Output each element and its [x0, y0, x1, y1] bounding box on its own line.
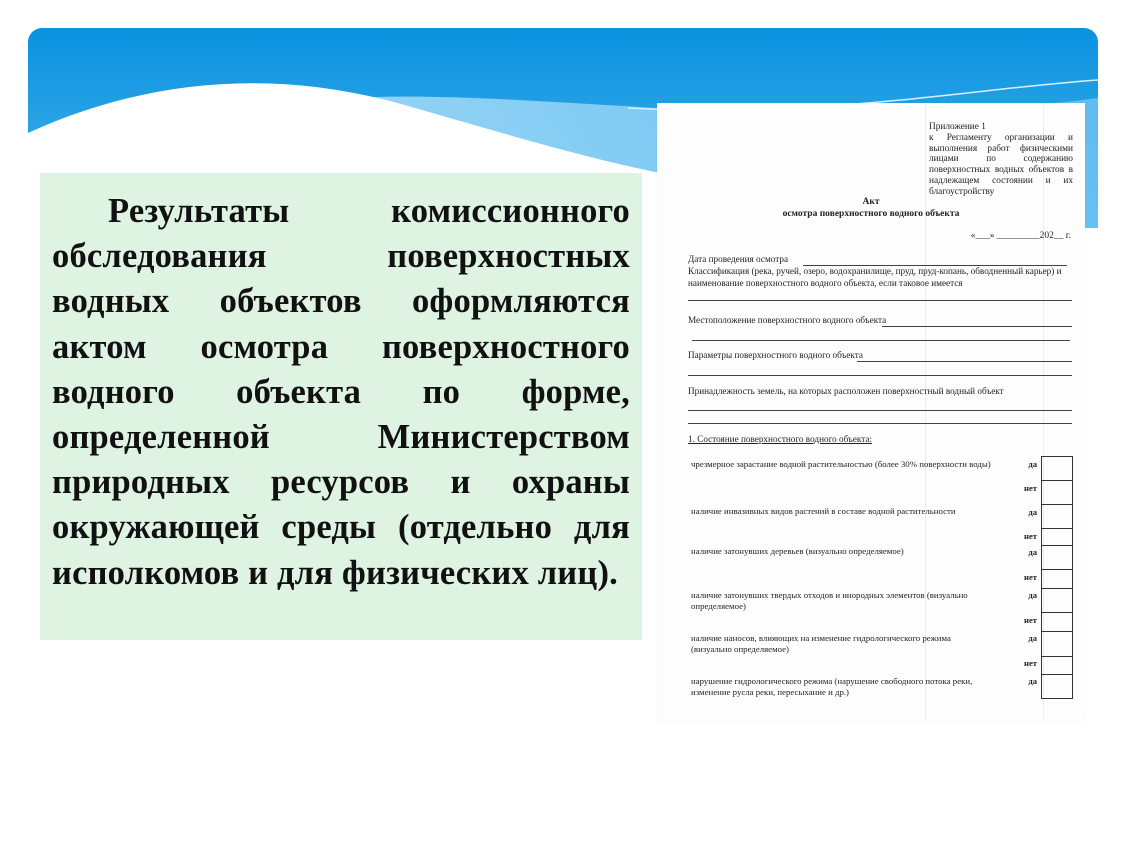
checkbox [1042, 546, 1072, 570]
no-label: нет [1024, 658, 1037, 668]
checkbox [1042, 632, 1072, 657]
yes-label: да [1028, 633, 1037, 643]
inspection-act-document: Приложение 1 к Регламенту организации и … [657, 103, 1085, 720]
checkbox [1042, 675, 1072, 699]
checkbox [1042, 570, 1072, 589]
no-label: нет [1024, 572, 1037, 582]
appendix-text: к Регламенту организации и выполнения ра… [929, 133, 1073, 198]
checkbox-column [1041, 456, 1073, 699]
yes-label: да [1028, 676, 1037, 686]
section-title: 1. Состояние поверхностного водного объе… [688, 434, 872, 444]
appendix-note: Приложение 1 к Регламенту организации и … [929, 122, 1073, 198]
checkbox [1042, 657, 1072, 675]
checkbox [1042, 457, 1072, 481]
condition-item: наличие инвазивных видов растений в сост… [691, 506, 991, 517]
underline [688, 375, 1072, 376]
underline [688, 410, 1072, 411]
checkbox [1042, 529, 1072, 546]
underline [857, 361, 1072, 362]
main-text-box: Результаты комиссионного обследования по… [40, 173, 642, 640]
condition-item: наличие наносов, влияющих на изменение г… [691, 633, 991, 655]
document-subtitle: осмотра поверхностного водного объекта [657, 209, 1085, 219]
underline [688, 423, 1072, 424]
appendix-label: Приложение 1 [929, 122, 1073, 133]
yes-label: да [1028, 459, 1037, 469]
field-classification: Классификация (река, ручей, озеро, водох… [688, 266, 1072, 289]
yes-label: да [1028, 507, 1037, 517]
no-label: нет [1024, 483, 1037, 493]
main-text: Результаты комиссионного обследования по… [52, 189, 630, 596]
underline [688, 300, 1072, 301]
no-label: нет [1024, 615, 1037, 625]
checkbox [1042, 505, 1072, 529]
yes-label: да [1028, 547, 1037, 557]
field-location: Местоположение поверхностного водного об… [688, 315, 1072, 327]
underline [692, 340, 1070, 341]
checkbox [1042, 613, 1072, 632]
no-label: нет [1024, 531, 1037, 541]
checkbox [1042, 589, 1072, 613]
condition-item: нарушение гидрологического режима (наруш… [691, 676, 991, 698]
date-line: «___» _________202__ г. [971, 231, 1071, 241]
field-land-ownership: Принадлежность земель, на которых распол… [688, 386, 1072, 398]
condition-item: наличие затонувших деревьев (визуально о… [691, 546, 991, 557]
field-inspection-date: Дата проведения осмотра [688, 254, 1072, 266]
yes-label: да [1028, 590, 1037, 600]
underline [882, 326, 1072, 327]
checkbox [1042, 481, 1072, 505]
condition-item: наличие затонувших твердых отходов и ино… [691, 590, 991, 612]
condition-item: чрезмерное зарастание водной растительно… [691, 459, 991, 470]
field-parameters: Параметры поверхностного водного объекта [688, 350, 1072, 362]
document-title: Акт [657, 197, 1085, 207]
